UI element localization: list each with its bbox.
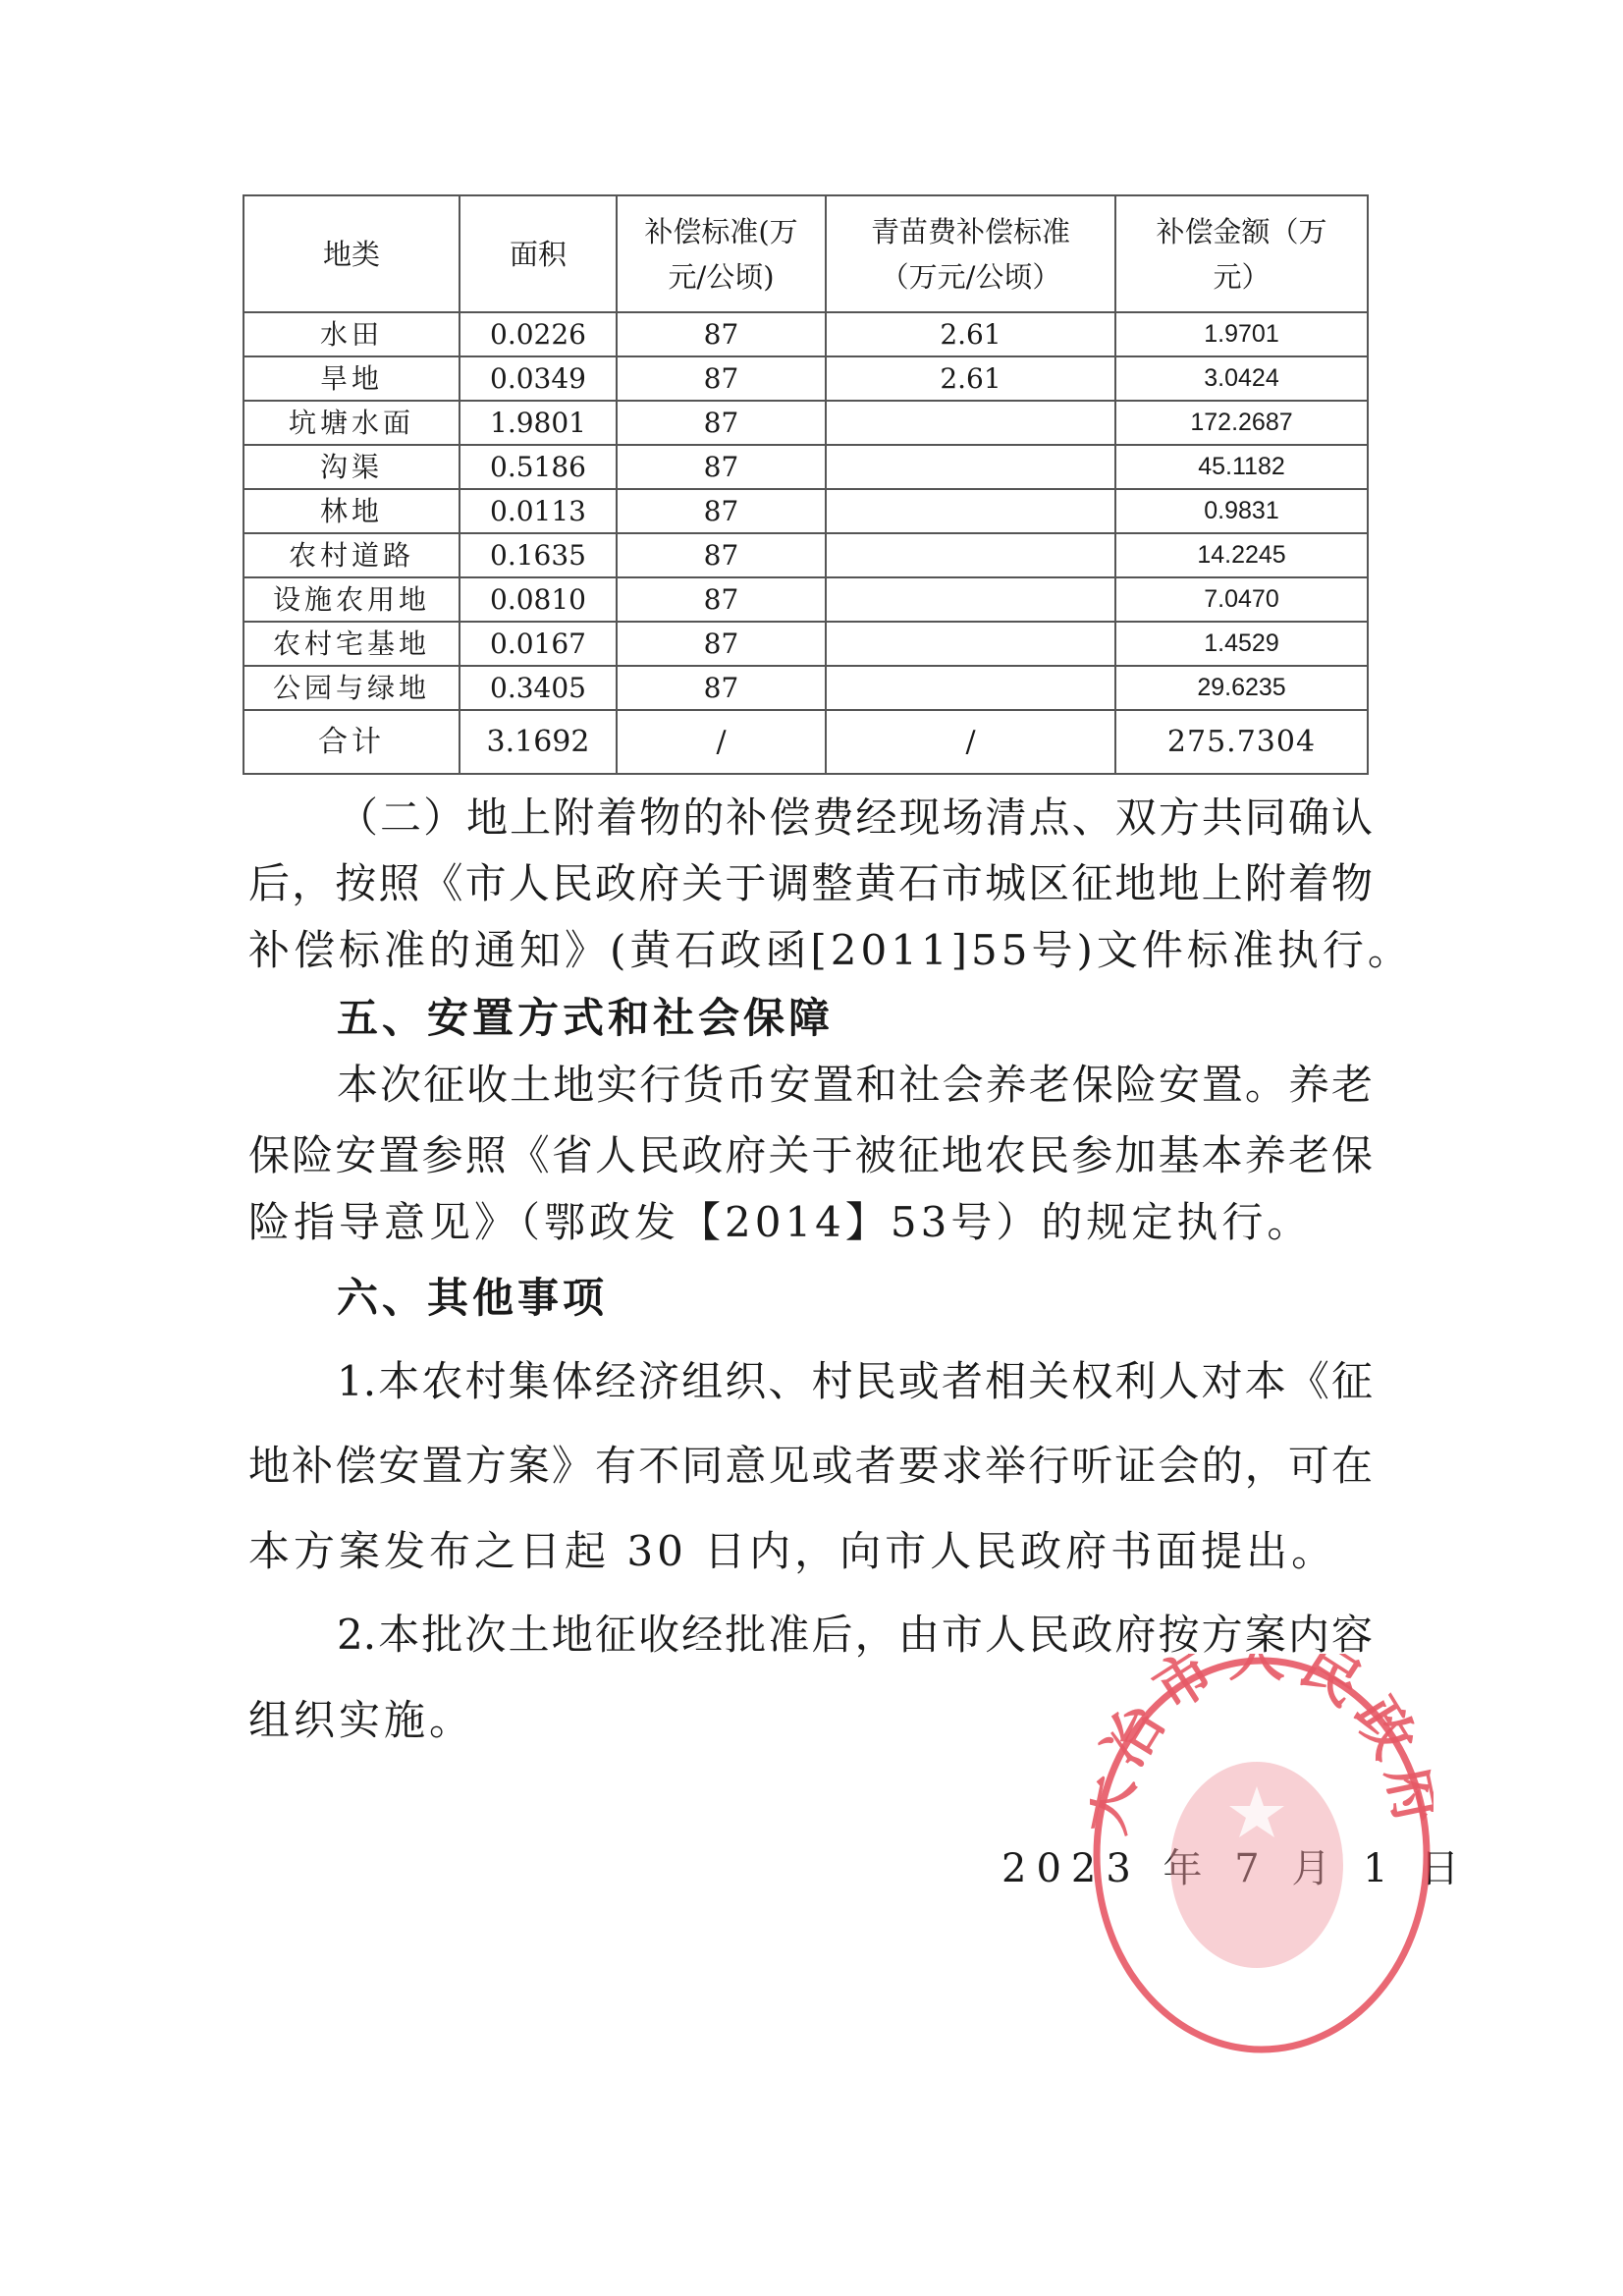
cell-standard: 87 — [617, 622, 826, 666]
cell-crop — [826, 622, 1115, 666]
cell-area: 0.0167 — [460, 622, 617, 666]
cell-area: 0.0113 — [460, 489, 617, 533]
header-crop-standard: 青苗费补偿标准（万元/公顷） — [826, 195, 1115, 312]
cell-land: 坑塘水面 — [243, 401, 460, 445]
table-row: 设施农用地 0.0810 87 7.0470 — [243, 577, 1368, 622]
cell-total-crop: / — [826, 710, 1115, 774]
cell-land: 公园与绿地 — [243, 666, 460, 710]
paragraph-resettlement-line-3: 险指导意见》（鄂政发【2014】53号）的规定执行。 — [248, 1193, 1373, 1252]
cell-land: 林地 — [243, 489, 460, 533]
cell-area: 0.1635 — [460, 533, 617, 577]
cell-crop — [826, 401, 1115, 445]
cell-land: 水田 — [243, 312, 460, 356]
table-row: 沟渠 0.5186 87 45.1182 — [243, 445, 1368, 489]
cell-standard: 87 — [617, 666, 826, 710]
cell-land: 农村道路 — [243, 533, 460, 577]
cell-amount: 1.9701 — [1115, 312, 1368, 356]
cell-crop — [826, 489, 1115, 533]
table-row: 坑塘水面 1.9801 87 172.2687 — [243, 401, 1368, 445]
item-1-line-2: 地补偿安置方案》有不同意见或者要求举行听证会的，可在 — [248, 1437, 1373, 1496]
header-area: 面积 — [460, 195, 617, 312]
cell-total-amount: 275.7304 — [1115, 710, 1368, 774]
cell-crop — [826, 666, 1115, 710]
cell-amount: 3.0424 — [1115, 356, 1368, 401]
cell-land: 设施农用地 — [243, 577, 460, 622]
table-total-row: 合计 3.1692 / / 275.7304 — [243, 710, 1368, 774]
cell-crop: 2.61 — [826, 356, 1115, 401]
item-1-line-1: 1.本农村集体经济组织、村民或者相关权利人对本《征 — [337, 1352, 1373, 1411]
cell-standard: 87 — [617, 401, 826, 445]
cell-total-label: 合计 — [243, 710, 460, 774]
cell-total-area: 3.1692 — [460, 710, 617, 774]
table-row: 水田 0.0226 87 2.61 1.9701 — [243, 312, 1368, 356]
cell-standard: 87 — [617, 312, 826, 356]
cell-crop: 2.61 — [826, 312, 1115, 356]
cell-land: 旱地 — [243, 356, 460, 401]
paragraph-attachments-line-1: （二）地上附着物的补偿费经现场清点、双方共同确认 — [337, 789, 1373, 847]
cell-standard: 87 — [617, 533, 826, 577]
cell-amount: 14.2245 — [1115, 533, 1368, 577]
cell-crop — [826, 533, 1115, 577]
header-amount: 补偿金额（万元） — [1115, 195, 1368, 312]
cell-amount: 0.9831 — [1115, 489, 1368, 533]
paragraph-attachments-line-2: 后，按照《市人民政府关于调整黄石市城区征地地上附着物 — [248, 854, 1373, 913]
cell-area: 0.0349 — [460, 356, 617, 401]
paragraph-attachments-line-3: 补偿标准的通知》(黄石政函[2011]55号)文件标准执行。 — [248, 921, 1373, 980]
cell-area: 1.9801 — [460, 401, 617, 445]
cell-area: 0.3405 — [460, 666, 617, 710]
compensation-table: 地类 面积 补偿标准(万元/公顷) 青苗费补偿标准（万元/公顷） 补偿金额（万元… — [243, 194, 1369, 775]
cell-amount: 7.0470 — [1115, 577, 1368, 622]
cell-area: 0.0810 — [460, 577, 617, 622]
cell-standard: 87 — [617, 356, 826, 401]
item-1-line-3: 本方案发布之日起 30 日内，向市人民政府书面提出。 — [248, 1522, 1373, 1581]
cell-standard: 87 — [617, 577, 826, 622]
cell-land: 农村宅基地 — [243, 622, 460, 666]
signature-date: 2023 年 7 月 1 日 — [1001, 1844, 1469, 1893]
cell-amount: 1.4529 — [1115, 622, 1368, 666]
header-standard: 补偿标准(万元/公顷) — [617, 195, 826, 312]
table-row: 农村宅基地 0.0167 87 1.4529 — [243, 622, 1368, 666]
cell-crop — [826, 577, 1115, 622]
paragraph-resettlement-line-1: 本次征收土地实行货币安置和社会养老保险安置。养老 — [337, 1056, 1373, 1115]
section-heading-6: 六、其他事项 — [337, 1269, 1373, 1328]
cell-standard: 87 — [617, 489, 826, 533]
document-page: 地类 面积 补偿标准(万元/公顷) 青苗费补偿标准（万元/公顷） 补偿金额（万元… — [0, 0, 1623, 2296]
cell-amount: 29.6235 — [1115, 666, 1368, 710]
paragraph-resettlement-line-2: 保险安置参照《省人民政府关于被征地农民参加基本养老保 — [248, 1126, 1373, 1185]
header-land-type: 地类 — [243, 195, 460, 312]
cell-area: 0.5186 — [460, 445, 617, 489]
table-row: 旱地 0.0349 87 2.61 3.0424 — [243, 356, 1368, 401]
item-2-line-2: 组织实施。 — [248, 1691, 1373, 1750]
table-row: 林地 0.0113 87 0.9831 — [243, 489, 1368, 533]
cell-total-standard: / — [617, 710, 826, 774]
section-heading-5: 五、安置方式和社会保障 — [337, 989, 1373, 1048]
cell-standard: 87 — [617, 445, 826, 489]
cell-amount: 172.2687 — [1115, 401, 1368, 445]
table-row: 农村道路 0.1635 87 14.2245 — [243, 533, 1368, 577]
cell-crop — [826, 445, 1115, 489]
table-header-row: 地类 面积 补偿标准(万元/公顷) 青苗费补偿标准（万元/公顷） 补偿金额（万元… — [243, 195, 1368, 312]
cell-land: 沟渠 — [243, 445, 460, 489]
table-row: 公园与绿地 0.3405 87 29.6235 — [243, 666, 1368, 710]
cell-area: 0.0226 — [460, 312, 617, 356]
cell-amount: 45.1182 — [1115, 445, 1368, 489]
item-2-line-1: 2.本批次土地征收经批准后，由市人民政府按方案内容 — [337, 1606, 1373, 1665]
